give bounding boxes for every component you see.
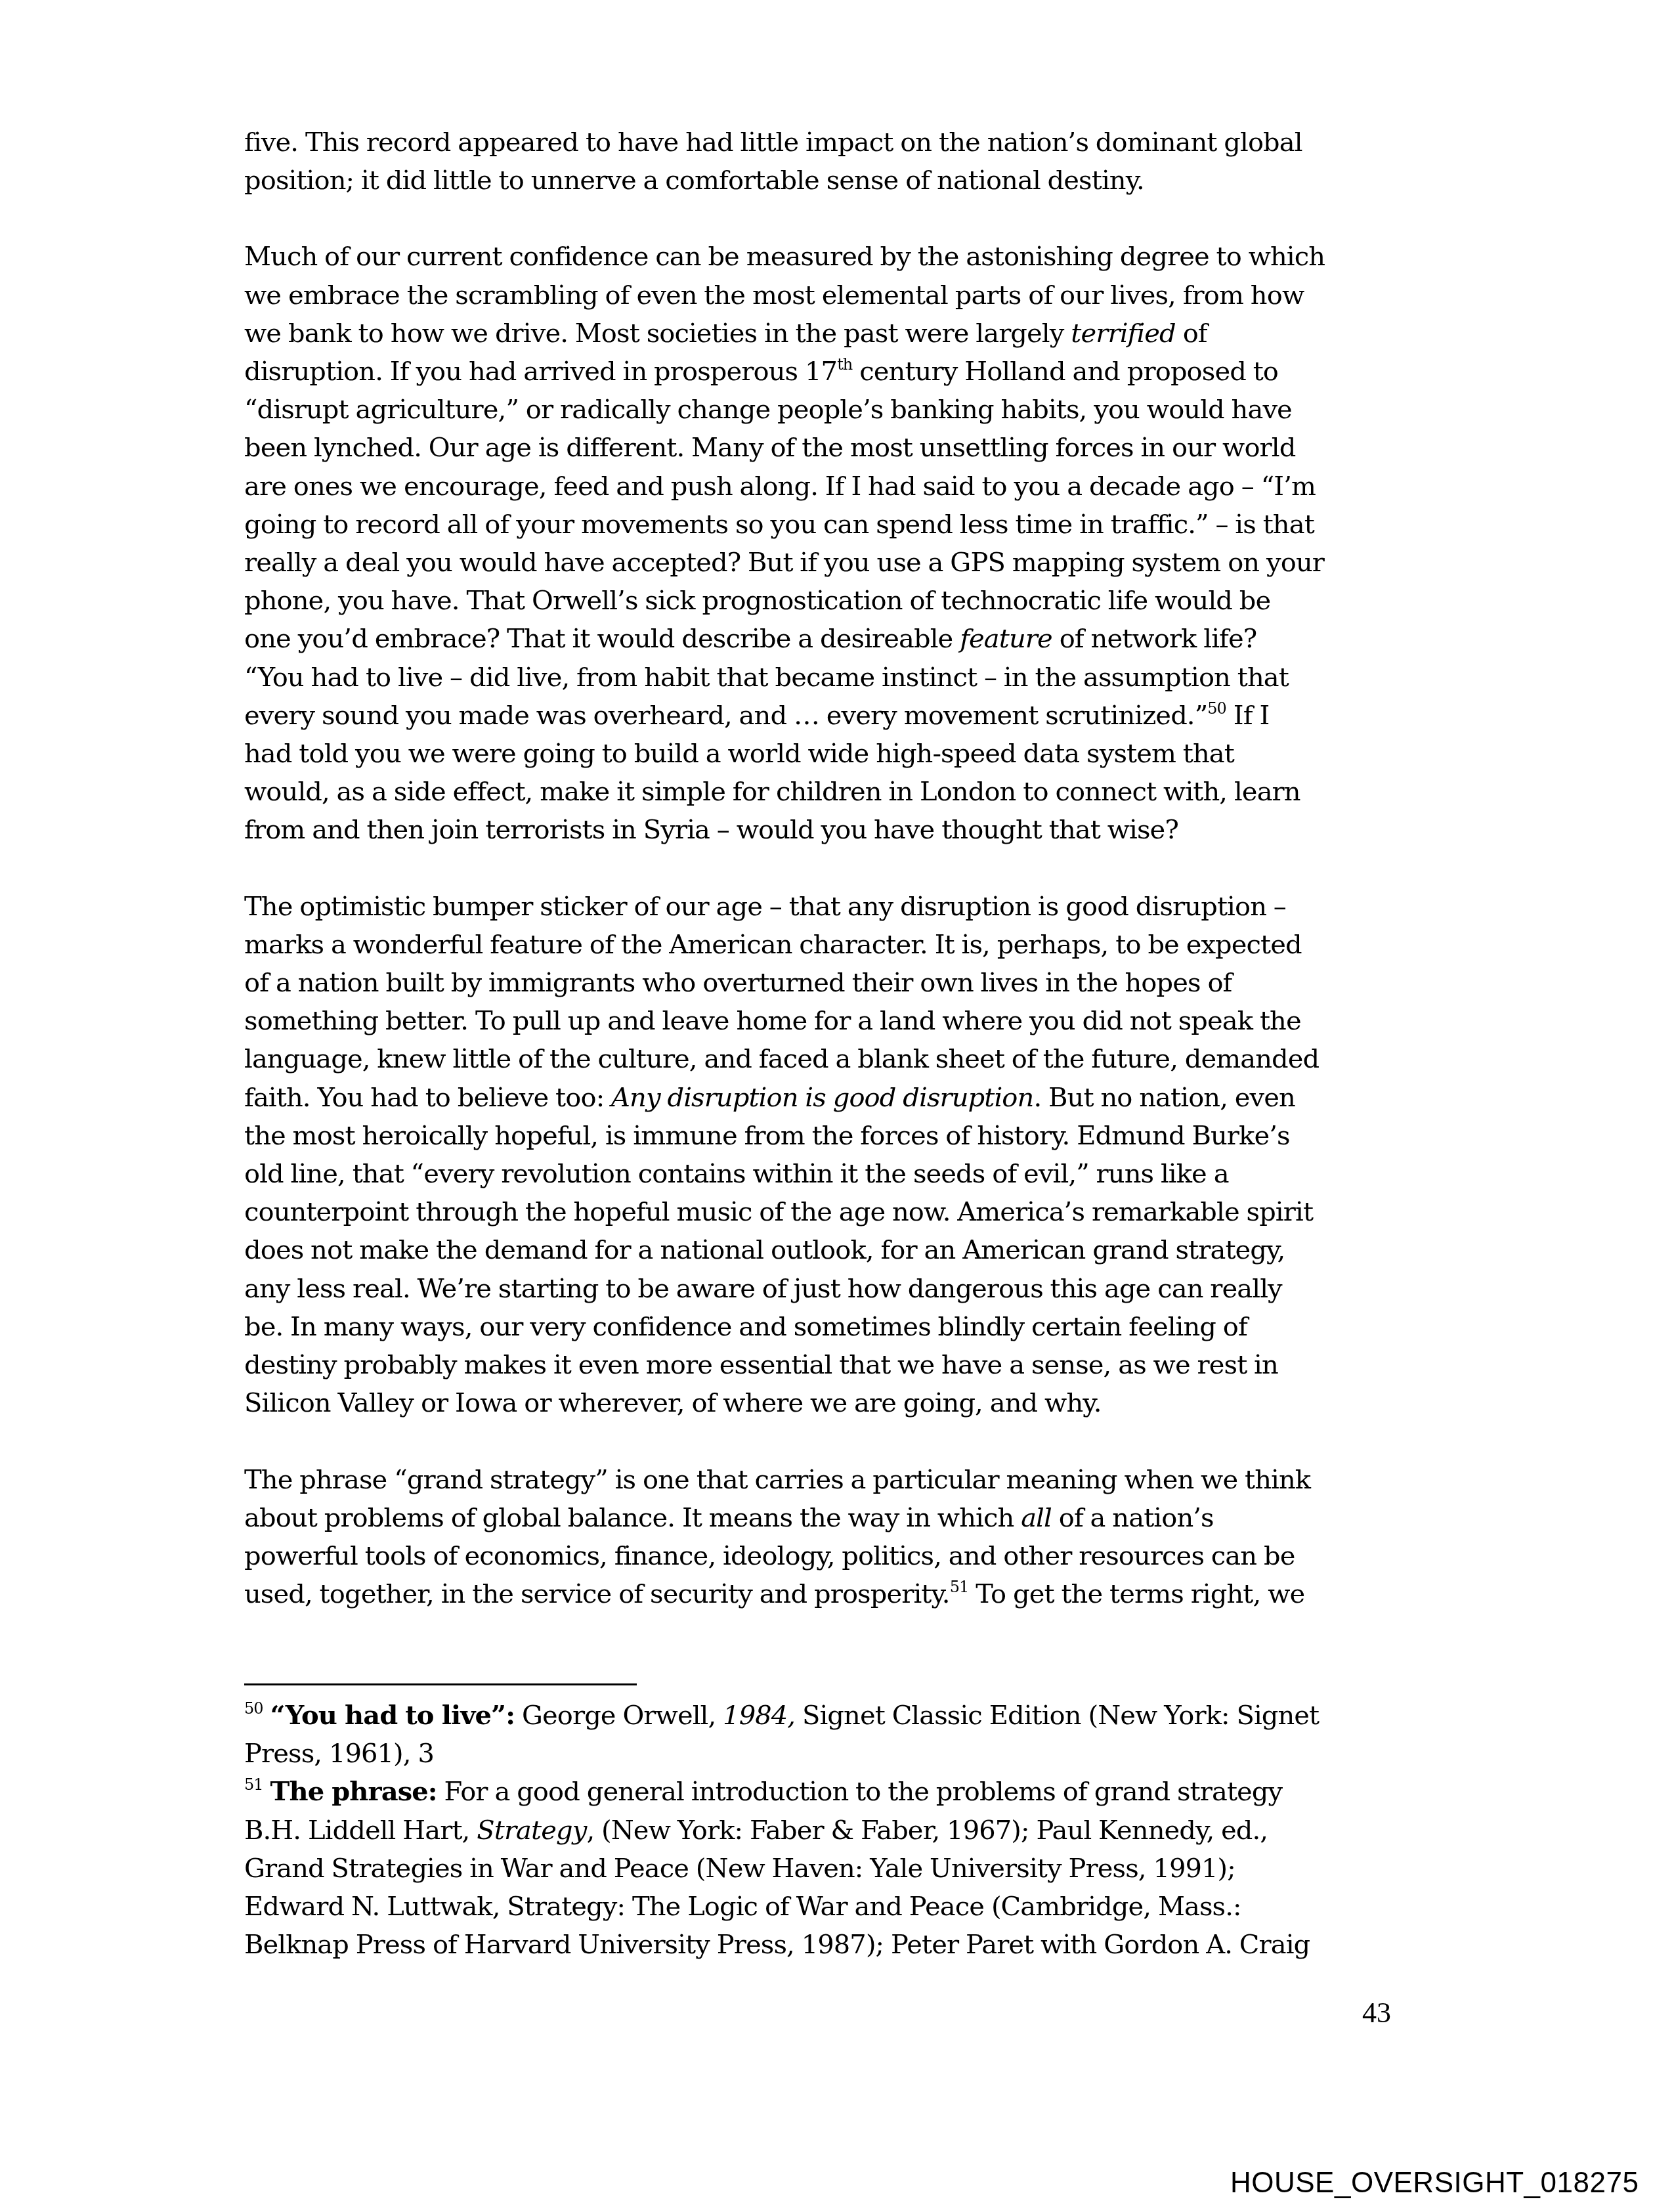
body-text: five. This record appeared to have had l… bbox=[244, 123, 1426, 1651]
footnote-number: 51 bbox=[244, 1775, 263, 1794]
footnotes: 50 “You had to live”: George Orwell, 198… bbox=[244, 1697, 1426, 1964]
footnote-ref: th bbox=[837, 355, 852, 374]
text-run: terrified bbox=[1071, 318, 1176, 349]
text-run: Any disruption is good disruption bbox=[611, 1083, 1033, 1113]
text-run: feature bbox=[960, 624, 1052, 654]
footnote-lead: The phrase: bbox=[270, 1776, 437, 1807]
text-run: The optimistic bumper sticker of our age… bbox=[244, 892, 1319, 1113]
footnote-separator bbox=[244, 1683, 637, 1685]
footnote-ref: 50 bbox=[1207, 699, 1226, 718]
text-run: all bbox=[1021, 1503, 1052, 1533]
text-run: 1984, bbox=[723, 1701, 795, 1731]
footnote-lead: “You had to live”: bbox=[270, 1700, 515, 1731]
text-run: Strategy bbox=[477, 1815, 586, 1846]
text-run: To get the terms right, we bbox=[968, 1579, 1304, 1609]
bates-stamp: HOUSE_OVERSIGHT_018275 bbox=[1230, 2167, 1639, 2200]
text-run: five. This record appeared to have had l… bbox=[244, 127, 1302, 196]
paragraph: The optimistic bumper sticker of our age… bbox=[244, 888, 1426, 1423]
footnote-ref: 51 bbox=[950, 1578, 969, 1596]
footnote-number: 50 bbox=[244, 1699, 263, 1718]
text-run: George Orwell, bbox=[515, 1701, 723, 1731]
footnote-50: 50 “You had to live”: George Orwell, 198… bbox=[244, 1697, 1426, 1773]
paragraph: five. This record appeared to have had l… bbox=[244, 123, 1426, 200]
paragraph: The phrase “grand strategy” is one that … bbox=[244, 1461, 1426, 1614]
paragraph: Much of our current confidence can be me… bbox=[244, 238, 1426, 849]
text-run: century Holland and proposed to “disrupt… bbox=[244, 357, 1324, 654]
text-run: . But no nation, even the most heroicall… bbox=[244, 1083, 1313, 1419]
footnote-51: 51 The phrase: For a good general introd… bbox=[244, 1773, 1426, 1964]
page-number: 43 bbox=[1362, 1996, 1391, 2029]
